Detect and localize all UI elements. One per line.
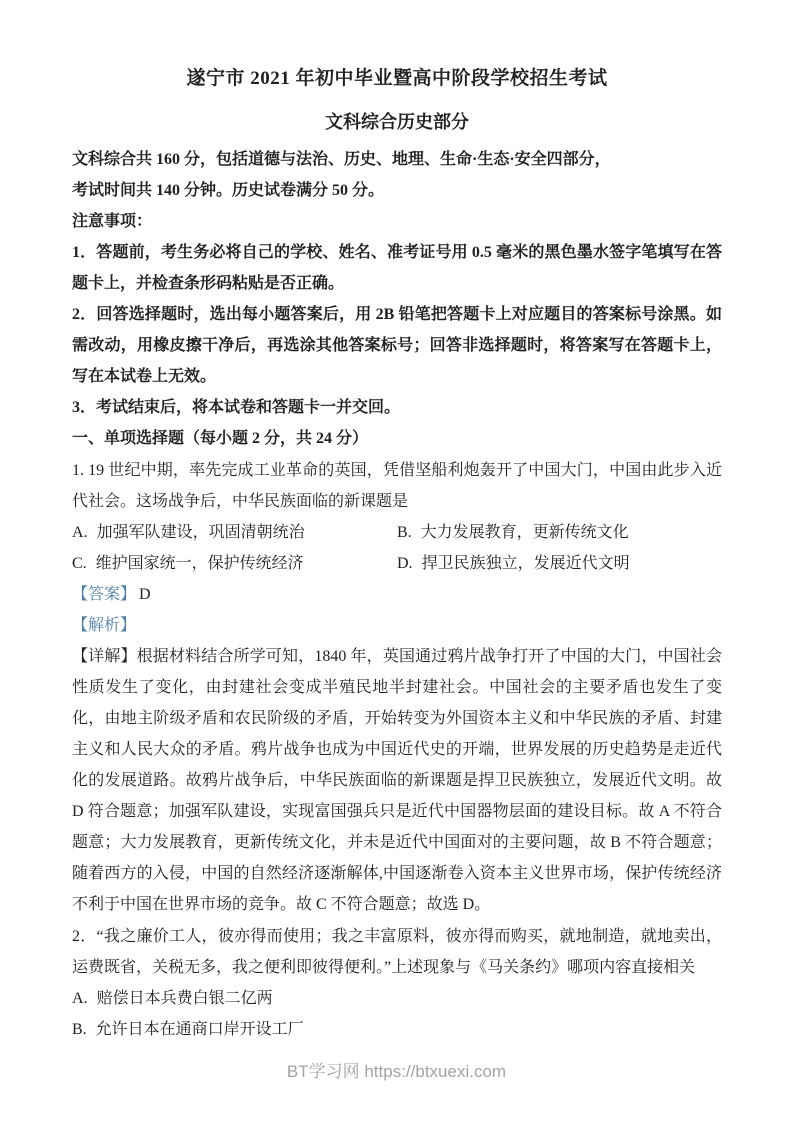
option-b: B.大力发展教育，更新传统文化 (397, 517, 722, 548)
option-b-label: B. (397, 517, 412, 548)
question-block-1: 1. 19 世纪中期，率先完成工业革命的英国，凭借坚船利炮轰开了中国大门，中国由… (72, 455, 722, 920)
option-a: A.加强军队建设，巩固清朝统治 (72, 517, 397, 548)
question-1-stem: 1. 19 世纪中期，率先完成工业革命的英国，凭借坚船利炮轰开了中国大门，中国由… (72, 455, 722, 517)
detail-paragraph: 【详解】根据材料结合所学可知，1840 年，英国通过鸦片战争打开了中国的大门，中… (72, 641, 722, 920)
answer-value: D (139, 586, 151, 603)
option-a-q2-text: 赔偿日本兵费白银二亿两 (97, 990, 273, 1007)
question-1-options: A.加强军队建设，巩固清朝统治 B.大力发展教育，更新传统文化 C.维护国家统一… (72, 517, 722, 579)
notice-item-1: 1．答题前，考生务必将自己的学校、姓名、准考证号用 0.5 毫米的黑色墨水签字笔… (72, 237, 722, 299)
document-title: 遂宁市 2021 年初中毕业暨高中阶段学校招生考试 (72, 66, 722, 92)
option-a-q2: A.赔偿日本兵费白银二亿两 (72, 983, 722, 1014)
analysis-line: 【解析】 (72, 610, 722, 641)
option-d: D.捍卫民族独立，发展近代文明 (397, 548, 722, 579)
option-b-q2: B.允许日本在通商口岸开设工厂 (72, 1014, 722, 1045)
document-subtitle: 文科综合历史部分 (72, 109, 722, 135)
section-heading: 一、单项选择题（每小题 2 分，共 24 分） (72, 423, 722, 454)
intro-line-2: 考试时间共 140 分钟。历史试卷满分 50 分。 (72, 175, 722, 206)
exam-document-page: 遂宁市 2021 年初中毕业暨高中阶段学校招生考试 文科综合历史部分 文科综合共… (0, 0, 793, 1122)
intro-line-1: 文科综合共 160 分，包括道德与法治、历史、地理、生命·生态·安全四部分， (72, 144, 722, 175)
option-c-text: 维护国家统一，保护传统经济 (96, 555, 304, 572)
option-a-label: A. (72, 517, 88, 548)
footer-watermark: BT学习网 https://btxuexi.com (0, 1062, 793, 1082)
option-d-text: 捍卫民族独立，发展近代文明 (422, 555, 630, 572)
option-c: C.维护国家统一，保护传统经济 (72, 548, 397, 579)
notice-item-3: 3．考试结束后，将本试卷和答题卡一并交回。 (72, 392, 722, 423)
notice-item-2: 2．回答选择题时，选出每小题答案后，用 2B 铅笔把答题卡上对应题目的答案标号涂… (72, 299, 722, 392)
option-a-q2-label: A. (72, 983, 88, 1014)
option-b-q2-text: 允许日本在通商口岸开设工厂 (96, 1021, 304, 1038)
analysis-label: 【解析】 (72, 617, 136, 634)
question-block-2: 2．“我之廉价工人，彼亦得而使用；我之丰富原料，彼亦得而购买，就地制造，就地卖出… (72, 921, 722, 1045)
answer-line: 【答案】D (72, 579, 722, 610)
answer-label: 【答案】 (72, 586, 136, 603)
question-2-stem: 2．“我之廉价工人，彼亦得而使用；我之丰富原料，彼亦得而购买，就地制造，就地卖出… (72, 921, 722, 983)
option-a-text: 加强军队建设，巩固清朝统治 (97, 524, 305, 541)
document-content: 遂宁市 2021 年初中毕业暨高中阶段学校招生考试 文科综合历史部分 文科综合共… (72, 66, 722, 1045)
option-b-text: 大力发展教育，更新传统文化 (421, 524, 629, 541)
option-c-label: C. (72, 548, 87, 579)
notice-heading: 注意事项： (72, 206, 722, 237)
option-b-q2-label: B. (72, 1014, 87, 1045)
detail-label: 【详解】 (72, 648, 137, 665)
option-d-label: D. (397, 548, 413, 579)
detail-text: 根据材料结合所学可知，1840 年，英国通过鸦片战争打开了中国的大门，中国社会性… (72, 648, 722, 913)
